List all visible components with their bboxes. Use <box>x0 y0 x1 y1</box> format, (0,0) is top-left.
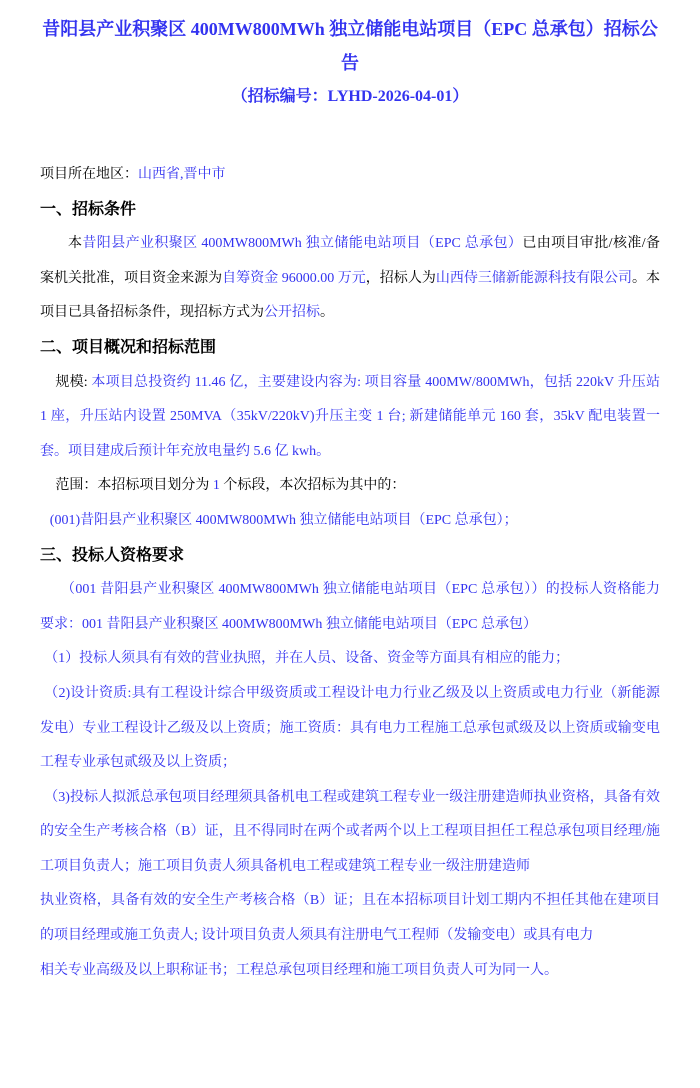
bidding-method-value: 公开招标 <box>264 305 320 320</box>
document-body: 项目所在地区：山西省,晋中市 一、招标条件 本昔阳县产业积聚区 400MW800… <box>40 158 660 988</box>
tender-announcement-document: 昔阳县产业积聚区 400MW800MWh 独立储能电站项目（EPC 总承包）招标… <box>0 0 700 988</box>
paragraph-requirement-2: （2)设计资质:具有工程设计综合甲级资质或工程设计电力行业乙级及以上资质或电力行… <box>40 677 660 781</box>
funding-source-value: 自筹资金 96000.00 万元 <box>222 271 366 286</box>
lot-count-value: 1 <box>213 478 220 493</box>
section-heading-bidding-conditions: 一、招标条件 <box>40 193 660 228</box>
requirement-3-final-text: 相关专业高级及以上职称证书；工程总承包项目经理和施工项目负责人可为同一人。 <box>40 963 558 978</box>
text-segment: 。 <box>320 305 334 320</box>
qualification-intro-text: （001 昔阳县产业积聚区 400MW800MWh 独立储能电站项目（EPC 总… <box>40 582 660 632</box>
requirement-1-text: （1）投标人须具有有效的营业执照，并在人员、设备、资金等方面具有相应的能力； <box>44 651 569 666</box>
text-segment: ，招标人为 <box>366 271 436 286</box>
section-heading-bidder-qualifications: 三、投标人资格要求 <box>40 539 660 574</box>
paragraph-requirement-1: （1）投标人须具有有效的营业执照，并在人员、设备、资金等方面具有相应的能力； <box>40 642 660 677</box>
lot-001-name: (001)昔阳县产业积聚区 400MW800MWh 独立储能电站项目（EPC 总… <box>50 513 518 528</box>
requirement-3-continued-text: 执业资格，具备有效的安全生产考核合格（B）证；且在本招标项目计划工期内不担任其他… <box>40 893 660 943</box>
text-segment: 本 <box>68 236 82 251</box>
section-heading-project-overview: 二、项目概况和招标范围 <box>40 331 660 366</box>
paragraph-project-scale: 规模: 本项目总投资约 11.46 亿，主要建设内容为: 项目容量 400MW/… <box>40 366 660 470</box>
paragraph-bid-range: 范围：本招标项目划分为 1 个标段，本次招标为其中的： <box>40 469 660 504</box>
document-title: 昔阳县产业积聚区 400MW800MWh 独立储能电站项目（EPC 总承包）招标… <box>40 12 660 80</box>
paragraph-lot-001: (001)昔阳县产业积聚区 400MW800MWh 独立储能电站项目（EPC 总… <box>40 504 660 539</box>
scale-description: 本项目总投资约 11.46 亿，主要建设内容为: 项目容量 400MW/800M… <box>40 375 660 459</box>
requirement-2-text: （2)设计资质:具有工程设计综合甲级资质或工程设计电力行业乙级及以上资质或电力行… <box>40 686 660 770</box>
paragraph-requirement-3: （3)投标人拟派总承包项目经理须具备机电工程或建筑工程专业一级注册建造师执业资格… <box>40 781 660 885</box>
paragraph-requirement-3-continued: 执业资格，具备有效的安全生产考核合格（B）证；且在本招标项目计划工期内不担任其他… <box>40 884 660 953</box>
paragraph-requirement-3-final: 相关专业高级及以上职称证书；工程总承包项目经理和施工项目负责人可为同一人。 <box>40 954 660 989</box>
tender-number-subtitle: （招标编号：LYHD-2026-04-01） <box>40 80 660 114</box>
tenderer-name: 山西侍三储新能源科技有限公司 <box>436 271 632 286</box>
project-location-line: 项目所在地区：山西省,晋中市 <box>40 158 660 193</box>
project-location-label: 项目所在地区： <box>40 167 138 182</box>
requirement-3-text: （3)投标人拟派总承包项目经理须具备机电工程或建筑工程专业一级注册建造师执业资格… <box>40 790 660 874</box>
paragraph-bidding-conditions: 本昔阳县产业积聚区 400MW800MWh 独立储能电站项目（EPC 总承包）已… <box>40 227 660 331</box>
scale-label: 规模: <box>55 375 87 390</box>
paragraph-qualification-intro: （001 昔阳县产业积聚区 400MW800MWh 独立储能电站项目（EPC 总… <box>40 573 660 642</box>
project-name-link: 昔阳县产业积聚区 400MW800MWh 独立储能电站项目（EPC 总承包） <box>82 236 522 251</box>
text-segment: 个标段，本次招标为其中的： <box>220 478 406 493</box>
project-location-value: 山西省,晋中市 <box>138 167 226 182</box>
text-segment: 范围：本招标项目划分为 <box>55 478 213 493</box>
